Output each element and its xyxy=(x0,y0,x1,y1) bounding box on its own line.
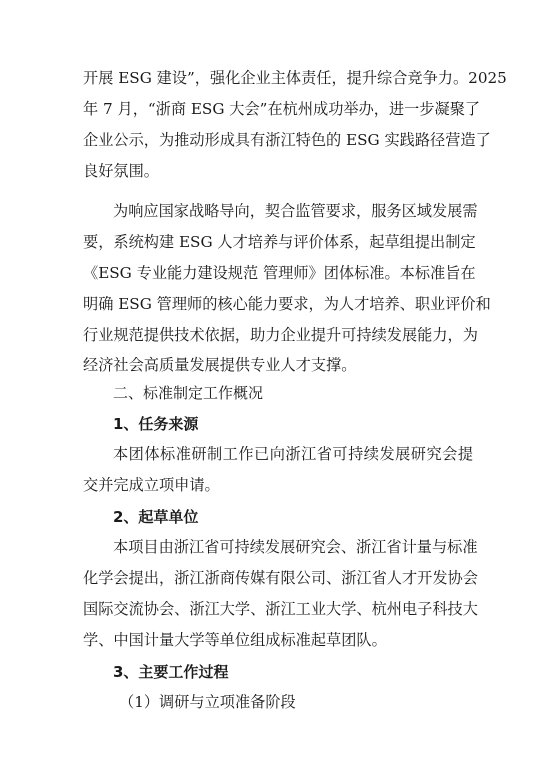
para2-line: 要，系统构建 ESG 人才培养与评价体系，起草组提出制定 xyxy=(83,232,473,252)
sub2-line: 本项目由浙江省可持续发展研究会、浙江省计量与标准 xyxy=(113,537,473,557)
subsection-heading: 2、起草单位 xyxy=(113,507,473,527)
para2-line: 《ESG 专业能力建设规范 管理师》团体标准。本标准旨在 xyxy=(83,263,473,283)
para1-line: 开展 ESG 建设”，强化企业主体责任，提升综合竞争力。2025 xyxy=(83,68,473,88)
sub2-line: 国际交流协会、浙江大学、浙江工业大学、杭州电子科技大 xyxy=(83,599,473,619)
sub1-line: 交并完成立项申请。 xyxy=(83,475,473,495)
para1-line: 年 7 月，“浙商 ESG 大会”在杭州成功举办，进一步凝聚了 xyxy=(83,99,473,119)
sub2-line: 化学会提出，浙江浙商传媒有限公司、浙江省人才开发协会 xyxy=(83,568,473,588)
para2-line: 行业规范提供技术依据，助力企业提升可持续发展能力，为 xyxy=(83,325,473,345)
section-heading: 二、标准制定工作概况 xyxy=(113,383,473,403)
list-item: （1）调研与立项准备阶段 xyxy=(119,692,509,712)
sub2-line: 学、中国计量大学等单位组成标准起草团队。 xyxy=(83,630,473,650)
subsection-heading: 3、主要工作过程 xyxy=(113,662,473,682)
para2-line: 为响应国家战略导向，契合监管要求，服务区域发展需 xyxy=(113,201,473,221)
para1-line: 企业公示，为推动形成具有浙江特色的 ESG 实践路径营造了 xyxy=(83,130,473,150)
subsection-heading: 1、任务来源 xyxy=(113,414,473,434)
para2-line: 经济社会高质量发展提供专业人才支撑。 xyxy=(83,355,473,375)
para1-line: 良好氛围。 xyxy=(83,161,473,181)
sub1-line: 本团体标准研制工作已向浙江省可持续发展研究会提 xyxy=(113,444,473,464)
para2-line: 明确 ESG 管理师的核心能力要求，为人才培养、职业评价和 xyxy=(83,294,473,314)
